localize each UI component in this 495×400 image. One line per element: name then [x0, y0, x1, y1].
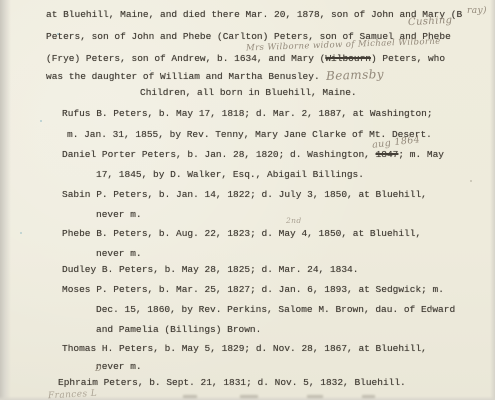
intro-line-3-pre: (Frye) Peters, son of Andrew, b. 1634, a… [46, 53, 325, 64]
cutoff-text-smudge [240, 395, 258, 398]
paper-speck [40, 120, 42, 122]
entry-daniel-line-1: Daniel Porter Peters, b. Jan. 28, 1820; … [62, 148, 444, 161]
entry-sabin-line-2: never m. [96, 208, 142, 221]
cutoff-text-smudge [183, 395, 197, 398]
entry-daniel-pre: Daniel Porter Peters, b. Jan. 28, 1820; … [62, 149, 376, 160]
entry-sabin-line-1: Sabin P. Peters, b. Jan. 14, 1822; d. Ju… [62, 188, 427, 201]
entry-daniel-line-2: 17, 1845, by D. Walker, Esq., Abigail Bi… [96, 168, 364, 181]
entry-phebe-line-1: Phebe B. Peters, b. Aug. 22, 1823; d. Ma… [62, 227, 421, 240]
paper-speck [150, 70, 151, 71]
entry-phebe-line-2: never m. [96, 247, 142, 260]
entry-rufus-line-1: Rufus B. Peters, b. May 17, 1818; d. Mar… [62, 107, 433, 120]
children-heading: Children, all born in Bluehill, Maine. [140, 86, 357, 99]
entry-thomas-line-2: never m. [96, 360, 142, 373]
pencil-ephraim-mark: D [95, 364, 102, 373]
scan-edge-left [0, 0, 11, 400]
pencil-phebe-date-note: 2nd [286, 216, 302, 225]
struck-wilbourn: Wilbourn [325, 53, 371, 64]
paper-speck [20, 232, 22, 234]
cutoff-text-smudge [307, 395, 323, 398]
struck-1847: 1847 [376, 149, 399, 160]
entry-moses-line-2: Dec. 15, 1860, by Rev. Perkins, Salome M… [96, 303, 455, 316]
intro-line-3: (Frye) Peters, son of Andrew, b. 1634, a… [46, 52, 445, 65]
document-page: at Bluehill, Maine, and died there Mar. … [0, 0, 495, 400]
paper-speck [430, 310, 432, 312]
entry-dudley-line-1: Dudley B. Peters, b. May 28, 1825; d. Ma… [62, 263, 358, 276]
entry-daniel-post: ; m. May [398, 149, 444, 160]
paper-speck [57, 33, 59, 35]
cutoff-text-smudge [362, 395, 375, 398]
intro-line-3-post: ) Peters, who [371, 53, 445, 64]
pencil-frances: Frances L [48, 389, 98, 400]
pencil-beamsby: Beamsby [326, 67, 384, 83]
scan-edge-right [490, 0, 495, 400]
paper-speck [470, 180, 472, 182]
entry-ephraim-line-1: Ephraim Peters, b. Sept. 21, 1831; d. No… [58, 376, 406, 389]
entry-moses-line-3: and Pamelia (Billings) Brown. [96, 323, 261, 336]
pencil-bray-completion: ray) [467, 6, 487, 16]
entry-thomas-line-1: Thomas H. Peters, b. May 5, 1829; d. Nov… [62, 342, 427, 355]
intro-line-4: was the daughter of William and Martha B… [46, 70, 320, 83]
intro-line-1: at Bluehill, Maine, and died there Mar. … [46, 8, 462, 21]
entry-moses-line-1: Moses P. Peters, b. Mar. 25, 1827; d. Ja… [62, 283, 444, 296]
pencil-cushing: Cushing [408, 15, 453, 28]
